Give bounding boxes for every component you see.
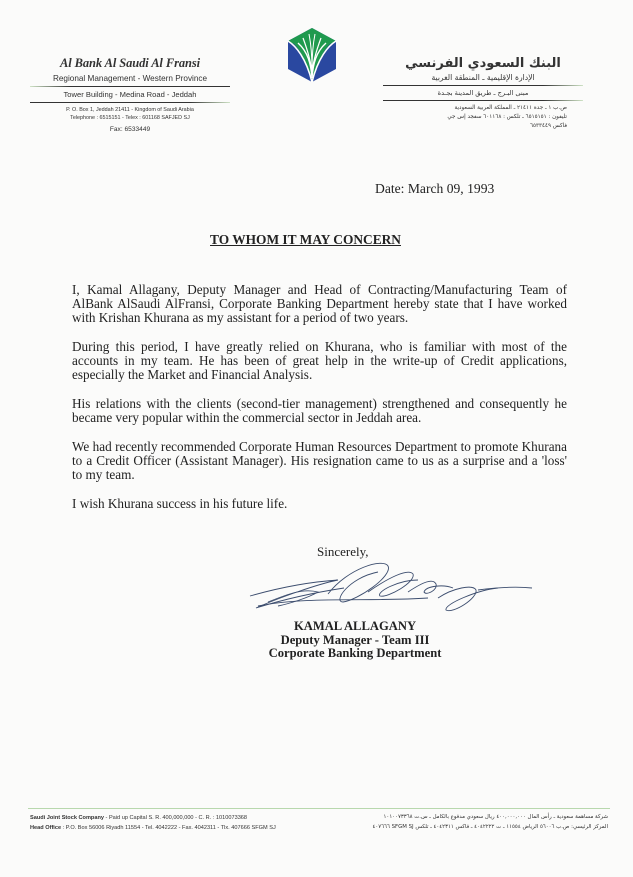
footer-arabic-line-2: المركز الرئيسي: ص.ب ٥٦٠٠٦ الرياض ١١٥٥٤ ـ… xyxy=(320,822,608,832)
signer-block: KAMAL ALLAGANY Deputy Manager - Team III… xyxy=(240,620,470,661)
divider xyxy=(383,100,583,101)
divider xyxy=(30,86,230,87)
bank-name-arabic: البنك السعودي الفرنسي xyxy=(383,56,583,71)
footer-company-label: Saudi Joint Stock Company xyxy=(30,815,104,821)
pobox-english: P. O. Box 1, Jeddah 21411 - Kingdom of S… xyxy=(30,106,230,114)
signer-title: Deputy Manager - Team III xyxy=(240,634,470,648)
paragraph: I, Kamal Allagany, Deputy Manager and He… xyxy=(72,283,567,325)
phone-telex-english: Telephone : 6515151 - Telex : 601168 SAF… xyxy=(30,114,230,122)
footer-english: Saudi Joint Stock Company - Paid up Capi… xyxy=(30,813,276,833)
bank-name-english: Al Bank Al Saudi Al Fransi xyxy=(30,56,230,71)
pobox-arabic: ص.ب ١ ـ جدة ٢١٤١١ ـ المملكة العربية السع… xyxy=(383,104,583,113)
address-english: Tower Building - Medina Road - Jeddah xyxy=(30,90,230,99)
divider xyxy=(383,85,583,86)
paragraph: I wish Khurana success in his future lif… xyxy=(72,497,567,511)
signer-name: KAMAL ALLAGANY xyxy=(240,620,470,634)
fax-arabic: فاكس ٦٥٣٣٤٤٩ xyxy=(383,122,583,131)
paragraph: During this period, I have greatly relie… xyxy=(72,340,567,382)
footer-arabic-line-1: شركة مساهمة سعودية ـ رأس المال ٤٠٠,٠٠٠,٠… xyxy=(320,812,608,822)
signer-department: Corporate Banking Department xyxy=(240,647,470,661)
paragraph: His relations with the clients (second-t… xyxy=(72,397,567,425)
bank-logo-icon xyxy=(284,24,340,84)
divider xyxy=(30,102,230,103)
letter-body: I, Kamal Allagany, Deputy Manager and He… xyxy=(72,283,567,526)
footer-office-line: Head Office : P.O. Box 56006 Riyadh 1155… xyxy=(30,823,276,833)
footer-company-text: - Paid up Capital S. R. 400,000,000 - C.… xyxy=(104,815,247,821)
footer-office-label: Head Office xyxy=(30,825,61,831)
letter-date: Date: March 09, 1993 xyxy=(375,181,494,197)
footer-divider xyxy=(28,808,610,809)
regional-management-arabic: الإدارة الإقليمية ـ المنطقة الغربية xyxy=(383,73,583,82)
phone-telex-arabic: تليفون : ٦٥١٥١٥١ ـ تلكس : ٦٠١١٦٨ سفجد إس… xyxy=(383,113,583,122)
letterhead-arabic: البنك السعودي الفرنسي الإدارة الإقليمية … xyxy=(383,56,583,131)
handwritten-signature-icon xyxy=(248,558,533,618)
address-arabic: مبنى البـرج ـ طريق المدينة بجـدة xyxy=(383,89,583,97)
footer-arabic: شركة مساهمة سعودية ـ رأس المال ٤٠٠,٠٠٠,٠… xyxy=(320,812,608,832)
fax-english: Fax: 6533449 xyxy=(30,126,230,133)
letterhead-english: Al Bank Al Saudi Al Fransi Regional Mana… xyxy=(30,56,230,133)
letter-subject: TO WHOM IT MAY CONCERN xyxy=(0,232,611,248)
regional-management-english: Regional Management - Western Province xyxy=(30,74,230,83)
footer-office-text: : P.O. Box 56006 Riyadh 11554 - Tel. 404… xyxy=(61,825,276,831)
footer-company-line: Saudi Joint Stock Company - Paid up Capi… xyxy=(30,813,276,823)
paragraph: We had recently recommended Corporate Hu… xyxy=(72,440,567,482)
